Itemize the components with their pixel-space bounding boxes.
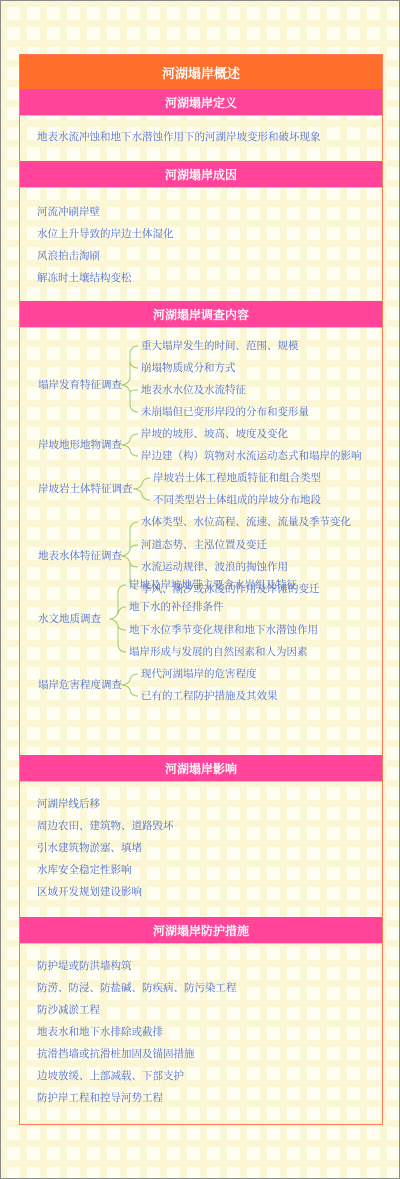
list-item: 现代河湖塌岸的危害程度 [141, 667, 257, 681]
list-item: 引水建筑物淤塞、填堵 [37, 841, 142, 855]
group-label: 塌岸发育特征调查 [38, 378, 122, 392]
list-item: 水流运动规律、波浪的掏蚀作用 [141, 560, 288, 574]
list-item: 岸坡岩土体工程地质特征和组合类型 [153, 471, 321, 485]
group-label: 塌岸危害程度调查 [38, 678, 122, 692]
list-item: 已有的工程防护措施及其效果 [141, 689, 278, 703]
list-item: 地下水位季节变化规律和地下水潜蚀作用 [129, 623, 318, 637]
group-label: 地表水体特征调查 [38, 549, 122, 563]
section-body-causes: 河流冲刷岸壁 水位上升导致的岸边土体湿化 风浪拍击淘刷 解冻时土壤结构变松 [20, 188, 382, 301]
group-label: 岸坡地形地物调查 [38, 438, 122, 452]
list-item: 岸坡的坡形、坡高、坡度及变化 [141, 427, 288, 441]
list-item: 地表水和地下水排除或截排 [37, 1025, 163, 1039]
list-item: 水位上升导致的岸边土体湿化 [37, 227, 174, 241]
list-item: 未崩塌但已变形岸段的分布和变形量 [141, 405, 309, 419]
list-item: 河道态势、主泓位置及变迁 [141, 538, 267, 552]
list-item: 防护堤或防洪墙构筑 [37, 959, 132, 973]
list-item: 防涝、防浸、防盐碱、防疾病、防污染工程 [37, 981, 237, 995]
list-item: 塌岸形成与发展的自然因素和人为因素 [129, 645, 308, 659]
section-header-measures: 河湖塌岸防护措施 [20, 917, 382, 944]
section-header-definition: 河湖塌岸定义 [20, 89, 382, 116]
section-body-definition: 地表水流冲蚀和地下水潜蚀作用下的河湖岸坡变形和破坏现象 [20, 115, 382, 161]
list-item: 周边农田、建筑物、道路毁坏 [37, 819, 174, 833]
list-item: 地表水水位及水流特征 [141, 383, 246, 397]
section-header-causes: 河湖塌岸成因 [20, 161, 382, 188]
mindmap-title: 河湖塌岸概述 [20, 55, 382, 89]
list-item: 重大塌岸发生的时间、范围、规模 [141, 339, 299, 353]
group-label: 水文地质调查 [38, 612, 101, 626]
list-item: 地表水流冲蚀和地下水潜蚀作用下的河湖岸坡变形和破坏现象 [37, 130, 321, 144]
section-body-measures: 防护堤或防洪墙构筑 防涝、防浸、防盐碱、防疾病、防污染工程 防沙减淤工程 地表水… [20, 944, 382, 1124]
list-item: 不同类型岩土体组成的岸坡分布地段 [153, 493, 321, 507]
list-item: 崩塌物质成分和方式 [141, 361, 236, 375]
list-item: 水库安全稳定性影响 [37, 863, 132, 877]
list-item: 河湖岸线后移 [37, 797, 100, 811]
list-item: 防护岸工程和控导河势工程 [37, 1091, 163, 1105]
list-item: 水体类型、水位高程、流速、流量及季节变化 [141, 515, 351, 529]
list-item: 抗滑挡墙或抗滑桩加固及锚固措施 [37, 1047, 195, 1061]
list-item: 岸坡及岸坡地带主要含水岩组及特征 [129, 578, 297, 592]
section-header-impacts: 河湖塌岸影响 [20, 755, 382, 782]
section-header-survey: 河湖塌岸调查内容 [20, 301, 382, 328]
list-item: 岸边建（构）筑物对水流运动态式和塌岸的影响 [141, 449, 362, 463]
list-item: 河流冲刷岸壁 [37, 205, 100, 219]
list-item: 风浪拍击淘刷 [37, 249, 100, 263]
list-item: 边坡放缓、上部减载、下部支护 [37, 1069, 184, 1083]
section-body-survey: 塌岸发育特征调查 重大塌岸发生的时间、范围、规模 崩塌物质成分和方式 地表水水位… [20, 328, 382, 755]
list-item: 防沙减淤工程 [37, 1003, 100, 1017]
group-label: 岸坡岩土体特征调查 [38, 482, 133, 496]
list-item: 区域开发规划建设影响 [37, 885, 142, 899]
mindmap-card: 河湖塌岸概述 河湖塌岸定义 地表水流冲蚀和地下水潜蚀作用下的河湖岸坡变形和破坏现… [19, 54, 383, 1125]
list-item: 地下水的补径排条件 [129, 600, 224, 614]
section-body-impacts: 河湖岸线后移 周边农田、建筑物、道路毁坏 引水建筑物淤塞、填堵 水库安全稳定性影… [20, 782, 382, 917]
list-item: 解冻时土壤结构变松 [37, 271, 132, 285]
